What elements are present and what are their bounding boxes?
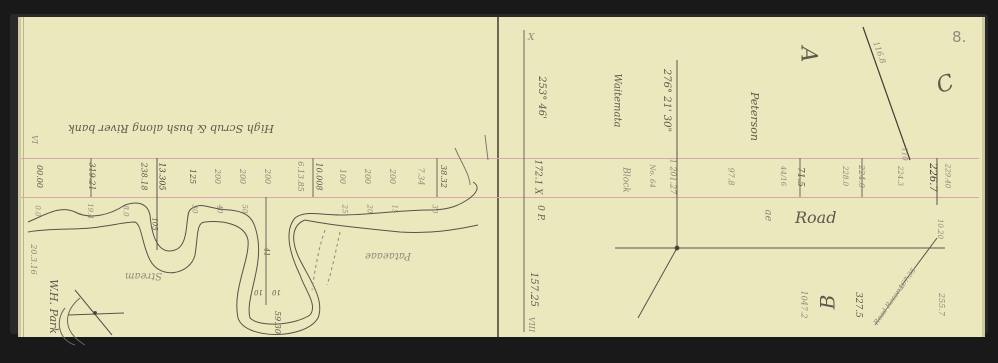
offset-value: 25 xyxy=(340,205,348,214)
notebook-scan: VI High Scrub & bush along River bank Pa… xyxy=(0,0,998,363)
note-scrub-bush: High Scrub & bush along River bank xyxy=(68,122,274,135)
value-229: 229.40 xyxy=(943,164,951,189)
stream-label: Stream xyxy=(125,270,162,281)
field-value: 6.13.85 xyxy=(296,161,305,192)
field-value: 100 xyxy=(338,169,347,184)
value-226: 226.7 xyxy=(927,163,938,192)
field-value: 200 xyxy=(263,169,272,184)
page-number: 8. xyxy=(952,28,966,46)
value-224-3: 224.3 xyxy=(896,166,904,186)
road-right-value: 10.20 xyxy=(936,219,944,239)
loop-label: 59.30 xyxy=(273,311,282,334)
offset-value: 20 xyxy=(365,205,373,214)
field-value: 319.21 xyxy=(88,163,97,191)
offset-value: 50 xyxy=(240,205,248,214)
field-value: 238.18 xyxy=(140,163,149,191)
field-value: 38.32 xyxy=(439,165,448,188)
bearing-157: 157.25 xyxy=(528,272,539,307)
field-value: 10.008 xyxy=(315,163,324,191)
owner-waitemata: Waitemata xyxy=(611,74,622,128)
field-value: 200 xyxy=(388,169,397,184)
value-228: 228.0 xyxy=(841,166,849,186)
offset-value: 105 xyxy=(151,217,159,230)
offset-value: 30 xyxy=(190,205,198,214)
field-value: 00.00 xyxy=(35,165,44,188)
bottom-value: 255.7 xyxy=(937,293,946,316)
side-note: 20.3.16 xyxy=(29,244,38,275)
field-value: 13.305 xyxy=(158,163,167,191)
ae-label: ae xyxy=(762,210,773,222)
owner-peterson: Peterson xyxy=(748,92,761,141)
bottom-value: 327.5 xyxy=(853,292,863,318)
bearing-sub: No. 64 xyxy=(648,164,656,188)
lot-b-label: B xyxy=(815,295,839,310)
value-of: 0 P. xyxy=(535,205,545,221)
river-label: Pataeaae xyxy=(365,250,411,261)
offset-value: 30 xyxy=(430,205,438,214)
value-71-sub: 44/16 xyxy=(779,166,787,186)
field-value: 7.34 xyxy=(416,168,425,186)
cross-mark: X xyxy=(528,33,534,43)
signature: W.H. Park xyxy=(47,279,60,334)
value-97: 97.8 xyxy=(726,168,735,186)
lot-a-label: A xyxy=(795,47,820,63)
loop-label: 10 xyxy=(272,288,281,296)
offset-value: 19.4 xyxy=(86,203,94,219)
field-value: 125 xyxy=(188,169,197,184)
bottom-value: 1047.2 xyxy=(800,291,809,319)
roman-numeral: VIII xyxy=(527,317,536,332)
value-224: 224.0 xyxy=(857,165,866,188)
offset-value: 15 xyxy=(390,205,398,214)
offset-value: 8.0 xyxy=(122,205,130,216)
owner-block: Block xyxy=(621,167,631,192)
value-110: 110 xyxy=(901,147,909,160)
value-71: 71.5 xyxy=(795,167,805,187)
field-value: 200 xyxy=(238,169,247,184)
offset-value: 40 xyxy=(215,205,223,214)
value-172: 172.1 X xyxy=(533,159,543,194)
field-value: 200 xyxy=(363,169,372,184)
loop-label: 41 xyxy=(262,248,270,257)
road-label: Road xyxy=(795,208,836,227)
offset-value: 0.0 xyxy=(34,205,42,216)
loop-label: 10 xyxy=(254,288,263,296)
field-value: 200 xyxy=(213,169,222,184)
bearing-note: 1 201.27 xyxy=(668,159,677,195)
bearing-253: 253° 46' xyxy=(536,76,547,119)
margin-mark: VI xyxy=(30,135,39,144)
bearing-276: 276° 21' 30" xyxy=(661,69,672,132)
